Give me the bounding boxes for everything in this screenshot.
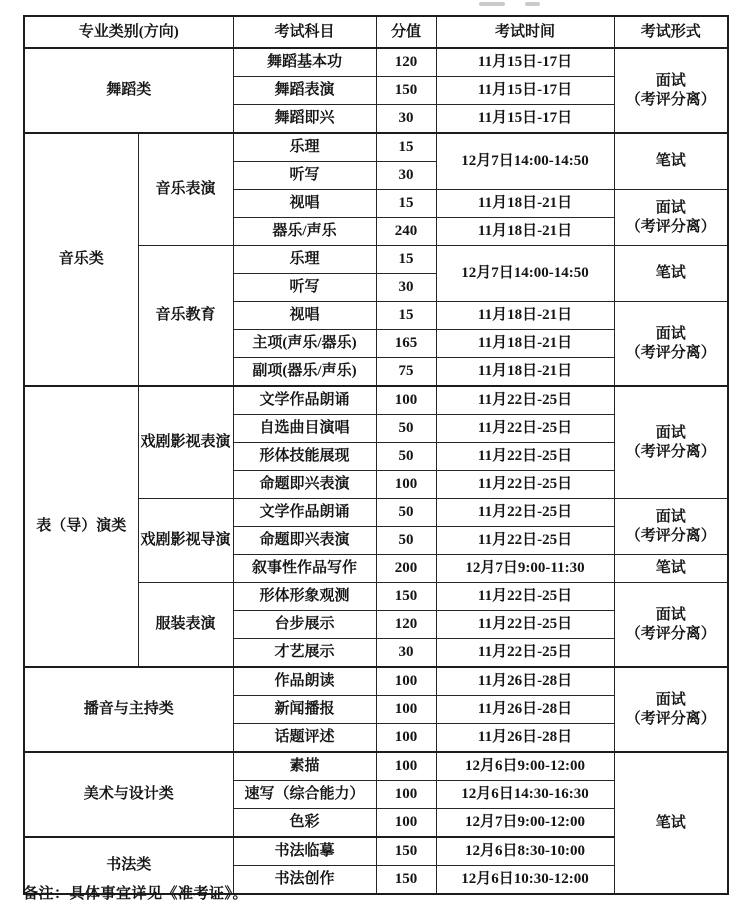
score-cell: 100 [376,696,436,724]
subject-cell: 命题即兴表演 [233,527,376,555]
time-cell: 11月26日-28日 [436,667,614,696]
subject-cell: 舞蹈即兴 [233,105,376,134]
subject-cell: 文学作品朗诵 [233,499,376,527]
score-cell: 100 [376,667,436,696]
time-cell: 12月6日9:00-12:00 [436,752,614,781]
time-cell: 11月22日-25日 [436,527,614,555]
subject-cell: 叙事性作品写作 [233,555,376,583]
score-cell: 150 [376,866,436,895]
time-cell: 12月6日8:30-10:00 [436,837,614,866]
direction-cell: 音乐教育 [138,246,233,387]
subject-cell: 乐理 [233,246,376,274]
subject-cell: 乐理 [233,133,376,162]
subject-cell: 文学作品朗诵 [233,386,376,415]
time-cell: 12月6日14:30-16:30 [436,781,614,809]
score-cell: 30 [376,105,436,134]
subject-cell: 书法临摹 [233,837,376,866]
format-cell: 面试 （考评分离） [614,302,728,387]
score-cell: 15 [376,302,436,330]
format-cell: 笔试 [614,133,728,190]
time-cell: 11月15日-17日 [436,105,614,134]
time-cell: 11月26日-28日 [436,696,614,724]
score-cell: 100 [376,752,436,781]
time-cell: 12月7日14:00-14:50 [436,246,614,302]
exam-table-body: 舞蹈类舞蹈基本功12011月15日-17日面试 （考评分离）舞蹈表演15011月… [24,48,728,894]
format-cell: 面试 （考评分离） [614,386,728,499]
format-cell: 笔试 [614,752,728,894]
direction-cell: 服装表演 [138,583,233,668]
score-cell: 120 [376,48,436,77]
subject-cell: 素描 [233,752,376,781]
subject-cell: 命题即兴表演 [233,471,376,499]
score-cell: 30 [376,162,436,190]
score-cell: 100 [376,471,436,499]
table-row: 播音与主持类作品朗读10011月26日-28日面试 （考评分离） [24,667,728,696]
score-cell: 15 [376,190,436,218]
subject-cell: 书法创作 [233,866,376,895]
time-cell: 11月18日-21日 [436,190,614,218]
score-cell: 200 [376,555,436,583]
subject-cell: 新闻播报 [233,696,376,724]
score-cell: 100 [376,781,436,809]
subject-cell: 形体技能展现 [233,443,376,471]
column-header: 分值 [376,16,436,48]
exam-schedule-table: 专业类别(方向)考试科目分值考试时间考试形式 舞蹈类舞蹈基本功12011月15日… [23,15,729,895]
format-cell: 笔试 [614,246,728,302]
table-header-row: 专业类别(方向)考试科目分值考试时间考试形式 [24,16,728,48]
time-cell: 11月22日-25日 [436,583,614,611]
subject-cell: 作品朗读 [233,667,376,696]
subject-cell: 视唱 [233,190,376,218]
time-cell: 11月22日-25日 [436,471,614,499]
subject-cell: 速写（综合能力） [233,781,376,809]
score-cell: 150 [376,583,436,611]
document-page: 专业类别(方向)考试科目分值考试时间考试形式 舞蹈类舞蹈基本功12011月15日… [0,0,750,918]
time-cell: 11月18日-21日 [436,358,614,387]
direction-cell: 戏剧影视导演 [138,499,233,583]
time-cell: 11月26日-28日 [436,724,614,753]
subject-cell: 话题评述 [233,724,376,753]
score-cell: 120 [376,611,436,639]
score-cell: 75 [376,358,436,387]
score-cell: 30 [376,274,436,302]
time-cell: 11月22日-25日 [436,386,614,415]
time-cell: 11月22日-25日 [436,415,614,443]
time-cell: 12月7日14:00-14:50 [436,133,614,190]
direction-cell: 戏剧影视表演 [138,386,233,499]
time-cell: 12月7日9:00-11:30 [436,555,614,583]
column-header: 专业类别(方向) [24,16,233,48]
format-cell: 面试 （考评分离） [614,48,728,133]
subject-cell: 台步展示 [233,611,376,639]
column-header: 考试形式 [614,16,728,48]
subject-cell: 舞蹈表演 [233,77,376,105]
cropped-glyph-mark [479,2,505,6]
format-cell: 面试 （考评分离） [614,499,728,555]
score-cell: 50 [376,527,436,555]
column-header: 考试科目 [233,16,376,48]
time-cell: 11月15日-17日 [436,48,614,77]
time-cell: 11月22日-25日 [436,639,614,668]
score-cell: 100 [376,724,436,753]
format-cell: 笔试 [614,555,728,583]
column-header: 考试时间 [436,16,614,48]
subject-cell: 自选曲目演唱 [233,415,376,443]
subject-cell: 听写 [233,274,376,302]
footnote: 备注：具体事宜详见《准考证》。 [23,882,248,903]
score-cell: 15 [376,133,436,162]
category-cell: 表（导）演类 [24,386,138,667]
table-row: 表（导）演类戏剧影视表演文学作品朗诵10011月22日-25日面试 （考评分离） [24,386,728,415]
table-row: 音乐类音乐表演乐理1512月7日14:00-14:50笔试 [24,133,728,162]
score-cell: 50 [376,499,436,527]
score-cell: 100 [376,386,436,415]
time-cell: 11月22日-25日 [436,443,614,471]
subject-cell: 形体形象观测 [233,583,376,611]
direction-cell: 音乐表演 [138,133,233,246]
time-cell: 12月7日9:00-12:00 [436,809,614,838]
score-cell: 50 [376,443,436,471]
category-cell: 播音与主持类 [24,667,233,752]
subject-cell: 主项(声乐/器乐) [233,330,376,358]
subject-cell: 器乐/声乐 [233,218,376,246]
subject-cell: 副项(器乐/声乐) [233,358,376,387]
format-cell: 面试 （考评分离） [614,190,728,246]
cropped-glyph-mark [525,2,540,6]
score-cell: 150 [376,837,436,866]
cropped-title-remnant [479,2,540,7]
score-cell: 50 [376,415,436,443]
subject-cell: 才艺展示 [233,639,376,668]
category-cell: 美术与设计类 [24,752,233,837]
time-cell: 11月22日-25日 [436,499,614,527]
time-cell: 11月18日-21日 [436,302,614,330]
format-cell: 面试 （考评分离） [614,667,728,752]
format-cell: 面试 （考评分离） [614,583,728,668]
time-cell: 11月18日-21日 [436,218,614,246]
category-cell: 舞蹈类 [24,48,233,133]
score-cell: 30 [376,639,436,668]
time-cell: 11月18日-21日 [436,330,614,358]
category-cell: 音乐类 [24,133,138,386]
time-cell: 11月15日-17日 [436,77,614,105]
time-cell: 12月6日10:30-12:00 [436,866,614,895]
score-cell: 15 [376,246,436,274]
table-row: 美术与设计类素描10012月6日9:00-12:00笔试 [24,752,728,781]
score-cell: 240 [376,218,436,246]
table-row: 舞蹈类舞蹈基本功12011月15日-17日面试 （考评分离） [24,48,728,77]
score-cell: 150 [376,77,436,105]
subject-cell: 色彩 [233,809,376,838]
subject-cell: 舞蹈基本功 [233,48,376,77]
time-cell: 11月22日-25日 [436,611,614,639]
score-cell: 165 [376,330,436,358]
subject-cell: 听写 [233,162,376,190]
score-cell: 100 [376,809,436,838]
subject-cell: 视唱 [233,302,376,330]
